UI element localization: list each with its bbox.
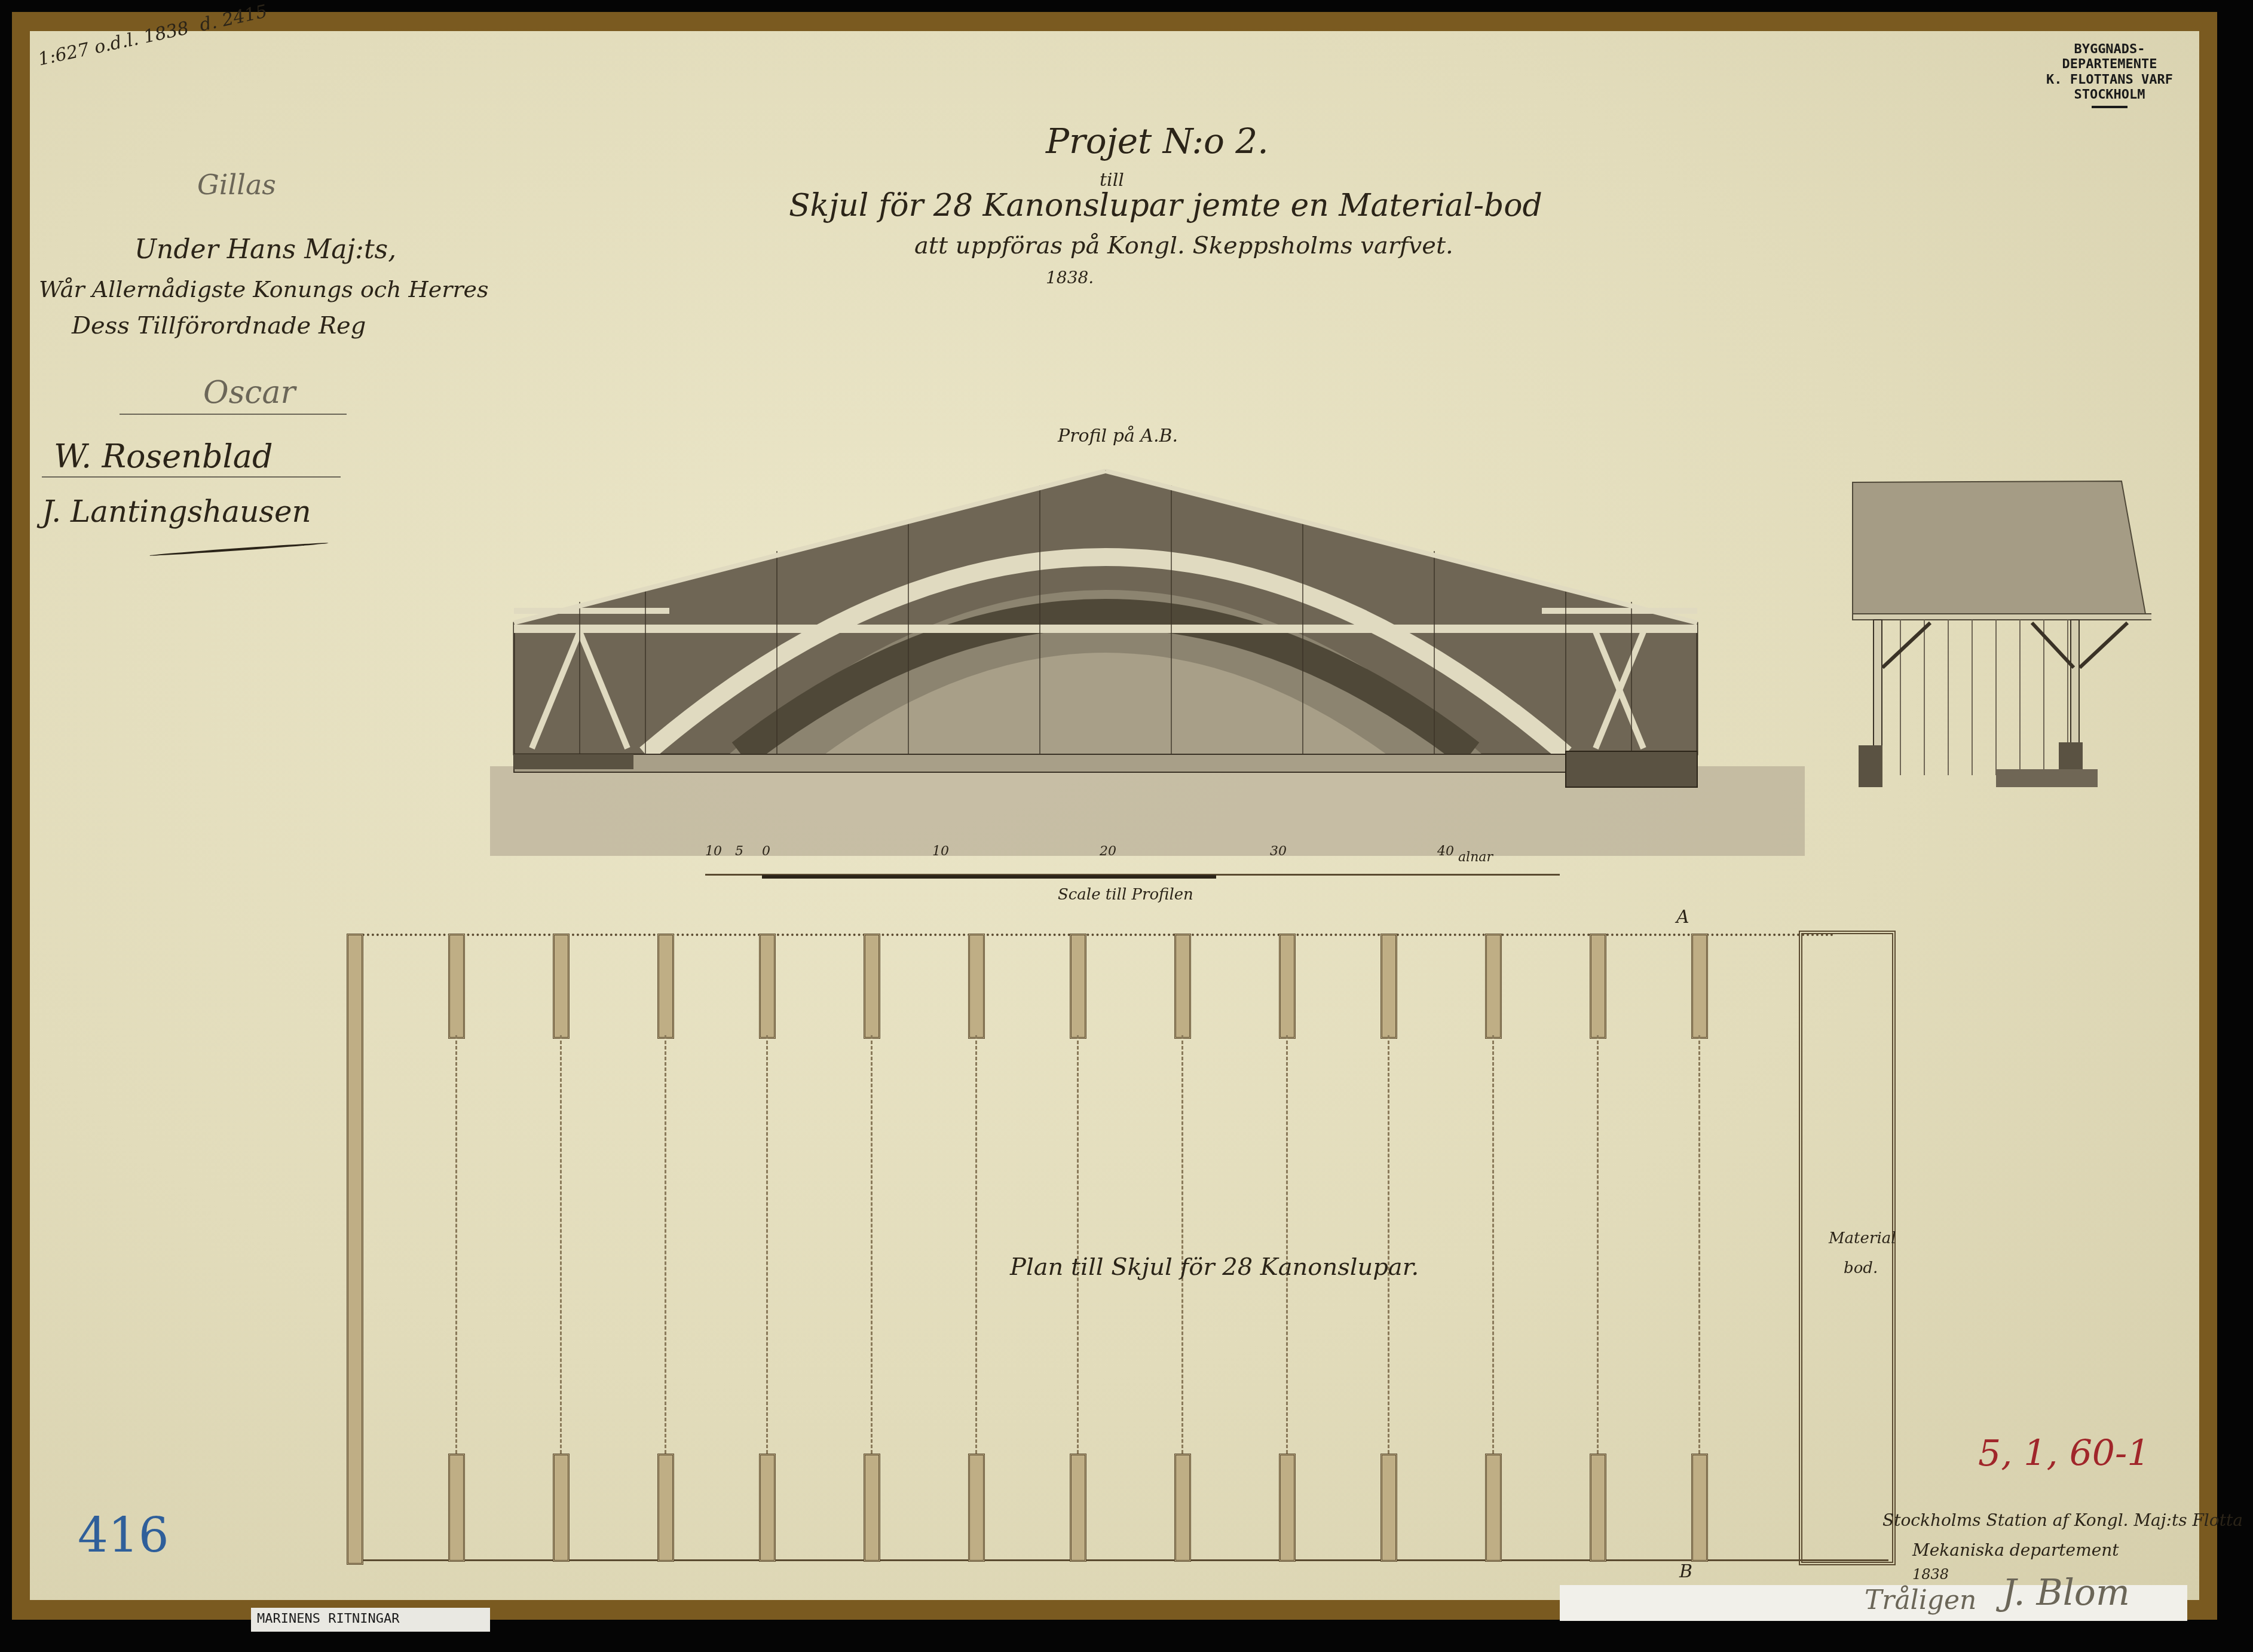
bottom-label-strip: MARINENS RITNINGAR [251, 1608, 490, 1632]
plan-post-bottom [968, 1454, 985, 1562]
plan-post-bottom [1691, 1454, 1708, 1562]
material-bod-outline [1799, 931, 1896, 1565]
archive-ref-extra: d. 2415 [198, 1, 269, 36]
archive-ref-text: 1:627 o.d.l. 1838 [36, 18, 191, 71]
plan-grid-line [871, 1035, 873, 1454]
scale-unit: alnar [1458, 850, 1493, 865]
office-line-2: Mekaniska departement [1912, 1540, 2119, 1560]
plan-post-bottom [1380, 1454, 1397, 1562]
paper: 1:627 o.d.l. 1838 d. 2415 BYGGNADS-DEPAR… [30, 31, 2199, 1600]
plan-grid-line [1698, 1035, 1700, 1454]
approval-line-2: Wår Allernådigste Konungs och Herres [39, 276, 489, 302]
plan-post-top [1380, 934, 1397, 1039]
signature-rule-1 [120, 414, 347, 415]
profile-elevation-drawing [490, 449, 1805, 856]
title-line-location: att uppföras på Kongl. Skeppsholms varfv… [914, 232, 1453, 259]
signature-second: J. Lantingshausen [42, 494, 311, 529]
archive-ref: 1:627 o.d.l. 1838 d. 2415 [36, 1, 270, 71]
plan-post-top [553, 934, 570, 1039]
plan-post-top [1070, 934, 1086, 1039]
scale-tick: 10 [932, 844, 949, 859]
scale-tick: 10 [705, 844, 722, 859]
plan-grid-line [1181, 1035, 1183, 1454]
material-shed-elevation-drawing [1841, 470, 2151, 793]
signature-rule-2 [42, 476, 341, 478]
plan-post-top [1691, 934, 1708, 1039]
title-year: 1838. [1046, 268, 1094, 287]
document-sheet: 1:627 o.d.l. 1838 d. 2415 BYGGNADS-DEPAR… [12, 12, 2217, 1620]
signature-flourish [149, 542, 329, 557]
plan-post-top [1174, 934, 1191, 1039]
scale-tick: 5 [735, 844, 743, 859]
section-marker-b: B [1679, 1561, 1692, 1582]
section-marker-a: A [1676, 907, 1689, 928]
plan-post-bottom [1485, 1454, 1502, 1562]
plan-post-bottom [1174, 1454, 1191, 1562]
plan-grid-line [455, 1035, 457, 1454]
plan-post-bottom [553, 1454, 570, 1562]
plan-post-top [657, 934, 674, 1039]
plan-top-line [353, 934, 1835, 936]
scale-label: Scale till Profilen [1058, 886, 1193, 904]
approval-line-3: Dess Tillförordnade Reg [72, 312, 366, 339]
stamp-line-3: STOCKHOLM [2029, 87, 2190, 102]
title-line-main: Skjul för 28 Kanonslupar jemte en Materi… [789, 188, 1542, 224]
plan-post-bottom [1279, 1454, 1296, 1562]
approval-pencil-note: Gillas [197, 169, 276, 201]
material-label-1: Material [1829, 1229, 1896, 1247]
scale-tick: 30 [1270, 844, 1287, 859]
plan-grid-line [560, 1035, 562, 1454]
plan-post-top [347, 934, 363, 1565]
plan-post-top [448, 934, 465, 1039]
title-project-number: Projet N:o 2. [1046, 121, 1269, 161]
red-archive-ref: 5, 1, 60-1 [1978, 1433, 2150, 1474]
plan-grid-line [1388, 1035, 1389, 1454]
bottom-label: MARINENS RITNINGAR [257, 1611, 399, 1626]
plan-bottom-line [353, 1559, 1888, 1561]
plan-post-top [759, 934, 776, 1039]
profile-scale: 10 5 0 10 20 30 40 alnar Scale till Prof… [705, 844, 1566, 916]
plan-post-bottom [448, 1454, 465, 1562]
plan-grid-line [975, 1035, 977, 1454]
plan-label: Plan till Skjul för 28 Kanonslupar. [1010, 1253, 1419, 1281]
plan-post-top [1279, 934, 1296, 1039]
scale-tick: 0 [762, 844, 770, 859]
stamp-rule [2092, 106, 2128, 108]
profile-label: Profil på A.B. [1058, 426, 1178, 446]
plan-post-bottom [657, 1454, 674, 1562]
material-label-2: bod. [1844, 1259, 1878, 1277]
plan-post-bottom [1590, 1454, 1606, 1562]
plan-post-top [968, 934, 985, 1039]
stamp-line-1: BYGGNADS-DEPARTEMENTE [2029, 42, 2190, 72]
plan-post-top [864, 934, 880, 1039]
signature-blom: J. Blom [2002, 1572, 2130, 1614]
plan-grid-line [766, 1035, 768, 1454]
office-year: 1838 [1912, 1566, 1949, 1583]
plan-grid-line [1597, 1035, 1599, 1454]
scale-tick: 20 [1100, 844, 1116, 859]
plan-post-bottom [864, 1454, 880, 1562]
plan-post-top [1590, 934, 1606, 1039]
signature-rosenblad: W. Rosenblad [54, 438, 273, 475]
signature-oscar: Oscar [203, 375, 295, 411]
stamp-line-2: K. FLOTTANS VARF [2029, 72, 2190, 87]
plan-grid-line [665, 1035, 666, 1454]
plan-post-bottom [759, 1454, 776, 1562]
blue-number: 416 [78, 1507, 169, 1563]
office-line-1: Stockholms Station af Kongl. Maj:ts Flot… [1882, 1510, 2243, 1530]
plan-grid-line [1286, 1035, 1288, 1454]
plan-post-top [1485, 934, 1502, 1039]
plan-post-bottom [1070, 1454, 1086, 1562]
plan-grid-line [1077, 1035, 1079, 1454]
plan-grid-line [1492, 1035, 1494, 1454]
pencil-note: Tråligen [1865, 1585, 1976, 1616]
scale-tick: 40 [1437, 844, 1454, 859]
scale-bar-thick [762, 875, 1216, 879]
department-stamp: BYGGNADS-DEPARTEMENTE K. FLOTTANS VARF S… [2029, 42, 2190, 108]
approval-line-1: Under Hans Maj:ts, [134, 234, 396, 265]
